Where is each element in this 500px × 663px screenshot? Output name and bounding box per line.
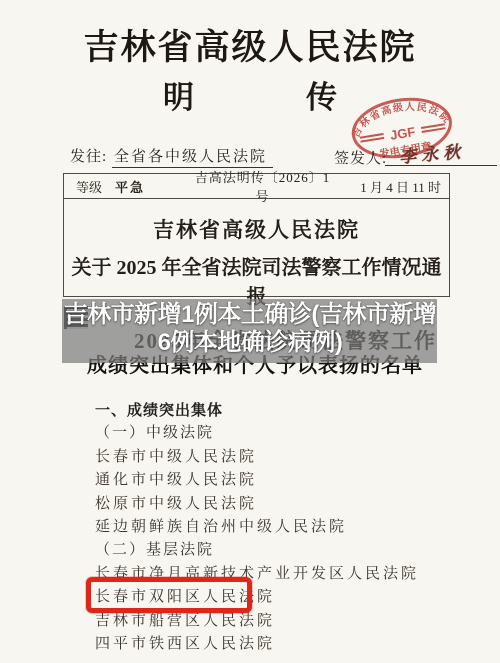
express-char-ming: 明 — [163, 72, 194, 117]
document-title-line1: 吉林省高级人民法院 — [64, 214, 449, 244]
subsection-intermediate-courts: （一）中级法院 — [95, 422, 475, 445]
signer-signature: 李永秋 — [398, 137, 466, 168]
court-name-title: 吉林省高级人民法院 — [0, 20, 500, 70]
section-title: 一、成绩突出集体 — [95, 399, 475, 422]
list-item: 松原市中级人民法院 — [95, 493, 475, 516]
subtitle-text-line1: 吉林市新增1例本土确诊(吉林市新增 — [0, 301, 500, 329]
grade-label: 等级 — [76, 177, 102, 196]
list-item: 吉林市船营区人民法院 — [95, 610, 475, 633]
grade-row: 等级 平急 吉高法明传〔2026〕1 号 1 月 4 日 11 时 — [64, 174, 449, 199]
send-to-value: 全省各中级人民法院 — [112, 145, 273, 168]
list-item: 延边朝鲜族自治州中级人民法院 — [95, 516, 475, 539]
express-char-chuan: 传 — [306, 72, 337, 117]
document-header-box: 等级 平急 吉高法明传〔2026〕1 号 1 月 4 日 11 时 吉林省高级人… — [63, 173, 450, 297]
meta-row: 发往: 全省各中级人民法院 签发人: 李永秋 — [0, 145, 500, 169]
document-datetime: 1 月 4 日 11 时 — [337, 177, 449, 196]
grade-value: 平急 — [115, 177, 145, 196]
signer-label: 签发人: — [334, 147, 387, 168]
subsection-basic-courts: （二）基层法院 — [95, 539, 475, 562]
red-highlight-box — [86, 577, 252, 613]
commendation-list: 一、成绩突出集体 （一）中级法院 长春市中级人民法院 通化市中级人民法院 松原市… — [95, 399, 475, 656]
signer-underline: 李永秋 — [385, 139, 497, 166]
subtitle-text-line2: 6例本地确诊病例) — [0, 329, 500, 357]
document-page: 吉林省高级人民法院 明 传 吉林省高级人民法院 JGF 发电专用章 发往: 全省… — [0, 0, 500, 663]
document-title-block: 吉林省高级人民法院 关于 2025 年全省法院司法警察工作情况通报 — [64, 214, 449, 309]
send-to-label: 发往: — [70, 145, 107, 166]
grade-cell: 等级 平急 — [64, 177, 188, 196]
document-number: 吉高法明传〔2026〕1 号 — [188, 167, 337, 205]
list-item: 通化市中级人民法院 — [95, 469, 475, 492]
list-item: 长春市中级人民法院 — [95, 446, 475, 469]
list-item: 四平市铁西区人民法院 — [95, 633, 475, 656]
